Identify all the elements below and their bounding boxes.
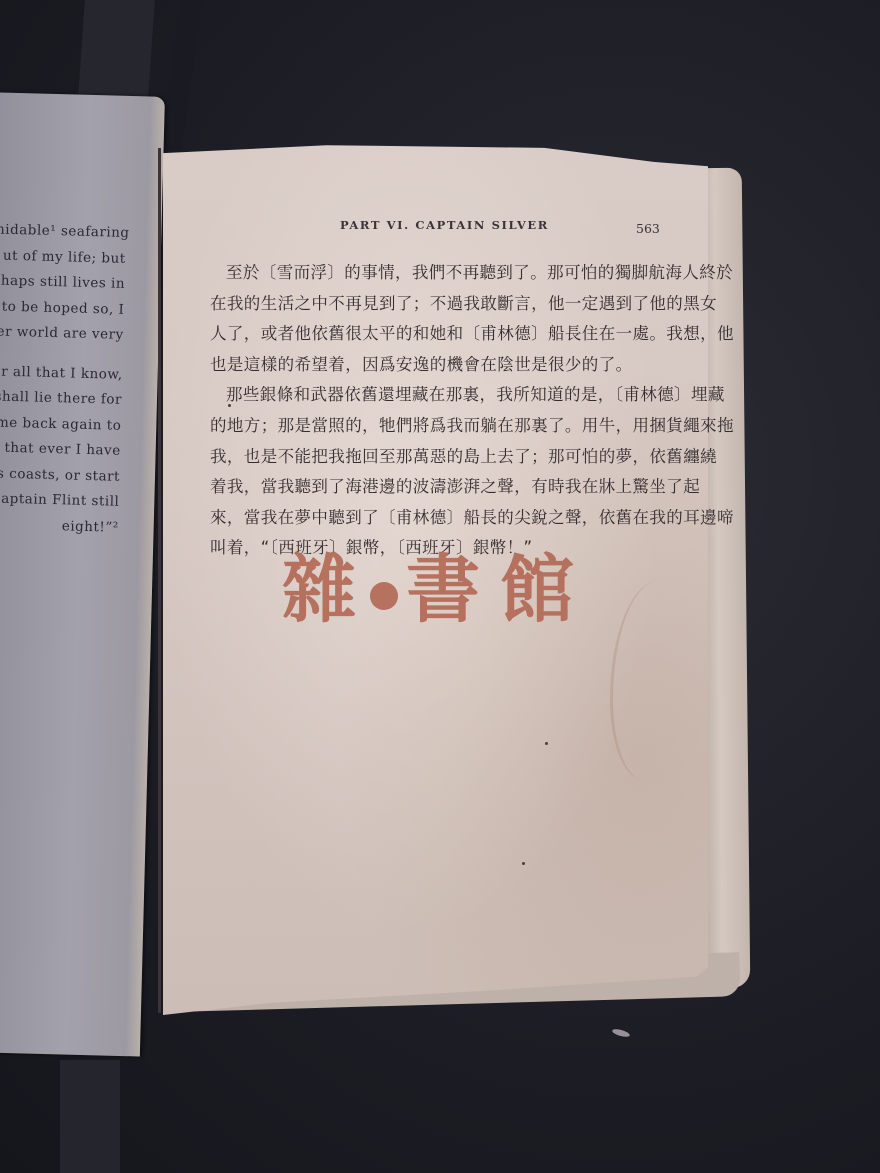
- book-gutter: [158, 148, 161, 1013]
- left-line: ner world are very: [0, 319, 124, 348]
- running-head: PART VI. CAPTAIN SILVER: [340, 218, 549, 232]
- left-line: haps still lives in: [0, 268, 125, 297]
- left-line: eight!”²: [0, 511, 119, 540]
- left-line: s coasts, or start: [0, 460, 120, 489]
- lint-speck: [612, 1028, 631, 1038]
- left-line: aptain Flint still: [0, 486, 120, 515]
- watermark-char: 館: [500, 547, 594, 633]
- paper-speck: [522, 862, 525, 865]
- paper-speck: [545, 742, 548, 745]
- chinese-body-text: 至於〔雪而浮〕的事情，我們不再聽到了。那可怕的獨脚航海人終於 在我的生活之中不再…: [210, 258, 665, 564]
- text-line: 至於〔雪而浮〕的事情，我們不再聽到了。那可怕的獨脚航海人終於: [210, 258, 665, 289]
- watermark-dot: [370, 582, 398, 610]
- left-line: ut of my life; but: [0, 242, 126, 271]
- text-line: 來，當我在夢中聽到了〔甫林德〕船長的尖銳之聲，依舊在我的耳邊啼: [210, 503, 665, 534]
- left-line: y shall lie there for: [0, 384, 122, 413]
- left-line: r all that I know,: [0, 358, 123, 387]
- left-line: me back again to: [0, 409, 122, 438]
- background-cloth-fold: [60, 1060, 120, 1173]
- left-line: that ever I have: [0, 435, 121, 464]
- text-line: 的地方；那是當照的，牠們將爲我而躺在那裏了。用牛，用捆貨繩來拖: [210, 411, 665, 442]
- left-line: ormidable¹ seafaring: [0, 217, 127, 246]
- text-line: 也是這樣的希望着，因爲安逸的機會在陰世是很少的了。: [210, 350, 665, 381]
- text-line: 人了，或者他依舊很太平的和她和〔甫林德〕船長住在一處。我想，他: [210, 319, 665, 350]
- background-cloth-fold: [159, 0, 202, 150]
- left-page: ormidable¹ seafaring ut of my life; but …: [0, 92, 165, 1057]
- text-line: 那些銀條和武器依舊還埋藏在那裏，我所知道的是，〔甫林德〕埋藏: [210, 380, 665, 411]
- text-line: 我，也是不能把我拖回至那萬惡的島上去了；那可怕的夢，依舊纏繞: [210, 442, 665, 473]
- watermark-seal: 雜書館: [282, 540, 602, 640]
- text-line: 着我，當我聽到了海港邊的波濤澎湃之聲，有時我在牀上驚坐了起: [210, 472, 665, 503]
- left-page-text: ormidable¹ seafaring ut of my life; but …: [0, 217, 127, 541]
- page-number: 563: [636, 221, 660, 236]
- watermark-char: 書: [406, 547, 500, 633]
- watermark-char: 雜: [282, 547, 376, 633]
- left-line: to be hoped so, I: [0, 293, 125, 322]
- text-line: 在我的生活之中不再見到了；不過我敢斷言，他一定遇到了他的黑女: [210, 289, 665, 320]
